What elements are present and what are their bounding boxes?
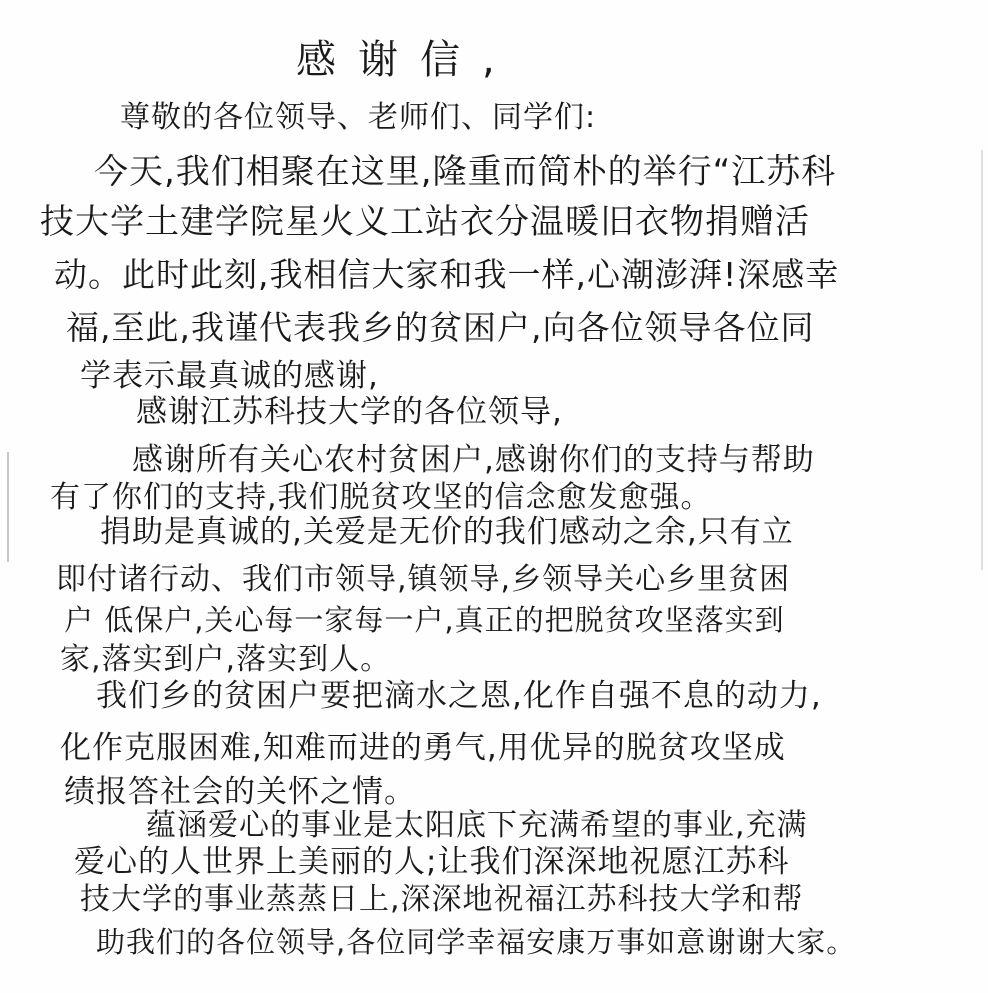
scan-edge-mark-left [7, 452, 9, 562]
letter-line-18: 技大学的事业蒸蒸日上,深深地祝福江苏科技大学和帮 [80, 880, 804, 920]
letter-line-19: 助我们的各位领导,各位同学幸福安康万事如意谢谢大家。 [96, 922, 856, 962]
letter-line-5: 学表示最真诚的感谢, [80, 356, 379, 396]
letter-line-6: 感谢江苏科技大学的各位领导, [136, 392, 563, 432]
letter-line-13: 我们乡的贫困户要把滴水之恩,化作自强不息的动力, [96, 676, 822, 716]
letter-line-17: 爱心的人世界上美丽的人;让我们深深地祝愿江苏科 [74, 842, 789, 882]
letter-line-11: 户 低保户,关心每一家每一户,真正的把脱贫攻坚落实到 [64, 600, 785, 640]
scan-edge-mark-right [981, 150, 983, 570]
letter-line-4: 福,至此,我谨代表我乡的贫困户,向各位领导各位同 [66, 308, 814, 348]
letter-title: 感谢信, [296, 40, 517, 80]
letter-page: 感谢信, 尊敬的各位领导、老师们、同学们: 今天,我们相聚在这里,隆重而简朴的举… [0, 0, 988, 993]
letter-line-14: 化作克服困难,知难而进的勇气,用优异的脱贫攻坚成 [60, 728, 786, 768]
letter-line-7: 感谢所有关心农村贫困户,感谢你们的支持与帮助 [132, 440, 815, 480]
letter-line-9: 捐助是真诚的,关爱是无价的我们感动之余,只有立 [100, 512, 794, 552]
letter-line-12: 家,落实到户,落实到人。 [60, 640, 391, 680]
letter-line-1: 今天,我们相聚在这里,隆重而简朴的举行“江苏科 [94, 152, 836, 192]
letter-line-10: 即付诸行动、我们市领导,镇领导,乡领导关心乡里贫困 [56, 560, 790, 600]
letter-line-2: 技大学土建学院星火义工站衣分温暖旧衣物捐赠活 [40, 202, 810, 242]
letter-line-16: 蕴涵爱心的事业是太阳底下充满希望的事业,充满 [146, 806, 808, 846]
letter-line-3: 动。此时此刻,我相信大家和我一样,心潮澎湃!深感幸 [54, 255, 839, 295]
letter-salutation: 尊敬的各位领导、老师们、同学们: [120, 98, 596, 138]
